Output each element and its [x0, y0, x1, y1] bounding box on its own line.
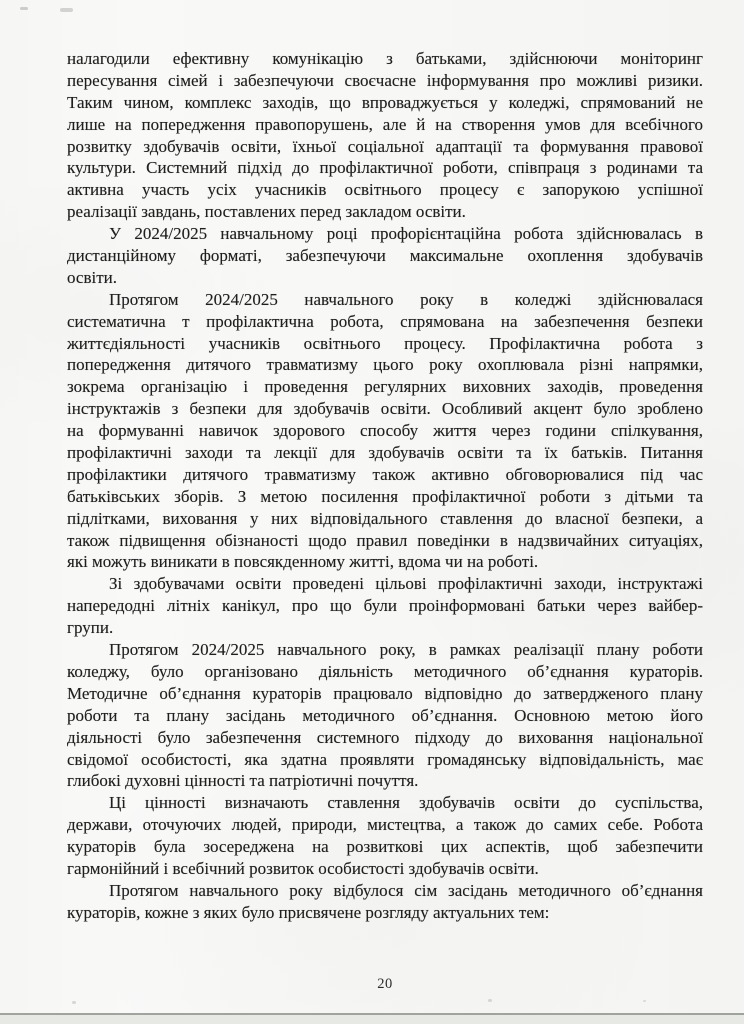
text-line: У 2024/2025 навчальному році профорієнта… — [67, 223, 703, 245]
text-line: налагодили ефективну комунікацію з батьк… — [67, 48, 703, 70]
text-line: інструктажів з безпеки для здобувачів ос… — [67, 398, 703, 420]
text-line: розвитку здобувачів освіти, їхньої соціа… — [67, 136, 703, 158]
text-line: групи. — [67, 617, 703, 639]
paragraph: Протягом 2024/2025 навчального року в ко… — [67, 289, 703, 574]
text-line: попередження дитячого травматизму цього … — [67, 354, 703, 376]
text-line: які можуть виникати в повсякденному житт… — [67, 551, 703, 573]
paragraph: У 2024/2025 навчальному році профорієнта… — [67, 223, 703, 289]
text-line: також підвищення обізнаності щодо правил… — [67, 530, 703, 552]
scan-smudge-icon — [643, 1000, 646, 1002]
scan-smudge-icon — [72, 1001, 76, 1004]
scanned-document-page: { "page": { "paper_color": "#f7f7f5", "t… — [0, 0, 744, 1024]
text-line: реалізації завдань, поставлених перед за… — [67, 201, 703, 223]
text-line: освіти. — [67, 267, 703, 289]
paragraph: Протягом навчального року відбулося сім … — [67, 880, 703, 924]
text-line: гармонійний і всебічний розвиток особист… — [67, 858, 703, 880]
text-line: активна участь усіх учасників освітнього… — [67, 179, 703, 201]
text-line: систематична т профілактична робота, спр… — [67, 311, 703, 333]
text-line: напередодні літніх канікул, про що були … — [67, 595, 703, 617]
paragraph: Зі здобувачами освіти проведені цільові … — [67, 573, 703, 639]
page-number: 20 — [67, 976, 703, 993]
text-line: Методичне об’єднання кураторів працювало… — [67, 683, 703, 705]
text-line: кураторів, кожне з яких було присвячене … — [67, 902, 703, 924]
text-line: батьківських зборів. З метою посилення п… — [67, 486, 703, 508]
paragraph: налагодили ефективну комунікацію з батьк… — [67, 48, 703, 223]
text-line: діяльності було забезпечення системного … — [67, 727, 703, 749]
text-line: Протягом 2024/2025 навчального року, в р… — [67, 639, 703, 661]
paragraph: Протягом 2024/2025 навчального року, в р… — [67, 639, 703, 792]
text-line: свідомої особистості, яка здатна проявля… — [67, 749, 703, 771]
scan-smudge-icon — [488, 999, 492, 1002]
text-line: Протягом навчального року відбулося сім … — [67, 880, 703, 902]
text-line: пересування сімей і забезпечуючи своєчас… — [67, 70, 703, 92]
text-line: глибокі духовні цінності та патріотичні … — [67, 770, 703, 792]
text-line: Ці цінності визначають ставлення здобува… — [67, 792, 703, 814]
text-line: роботи та плану засідань методичного об’… — [67, 705, 703, 727]
paragraph: Ці цінності визначають ставлення здобува… — [67, 792, 703, 880]
scanner-bed-strip — [0, 1015, 744, 1024]
text-line: лише на попередження правопорушень, але … — [67, 114, 703, 136]
text-line: на формуванні навичок здорового способу … — [67, 420, 703, 442]
document-body-text: налагодили ефективну комунікацію з батьк… — [67, 48, 703, 924]
text-line: культури. Системний підхід до профілакти… — [67, 157, 703, 179]
text-line: Зі здобувачами освіти проведені цільові … — [67, 573, 703, 595]
text-line: кураторів була зосереджена на розвиткові… — [67, 836, 703, 858]
text-line: Протягом 2024/2025 навчального року в ко… — [67, 289, 703, 311]
scan-smudge-icon — [20, 7, 28, 10]
text-line: життєдіяльності учасників освітнього про… — [67, 333, 703, 355]
text-line: профілактики дитячого травматизму також … — [67, 464, 703, 486]
text-line: підлітками, виховання у них відповідальн… — [67, 508, 703, 530]
text-line: коледжу, було організовано діяльність ме… — [67, 661, 703, 683]
text-line: профілактичні заходи та лекції для здобу… — [67, 442, 703, 464]
scan-smudge-icon — [60, 8, 73, 12]
text-line: Таким чином, комплекс заходів, що впрова… — [67, 92, 703, 114]
text-line: зокрема організацію і проведення регуляр… — [67, 376, 703, 398]
text-line: дистанційному форматі, забезпечуючи макс… — [67, 245, 703, 267]
text-line: держави, оточуючих людей, природи, мисте… — [67, 814, 703, 836]
